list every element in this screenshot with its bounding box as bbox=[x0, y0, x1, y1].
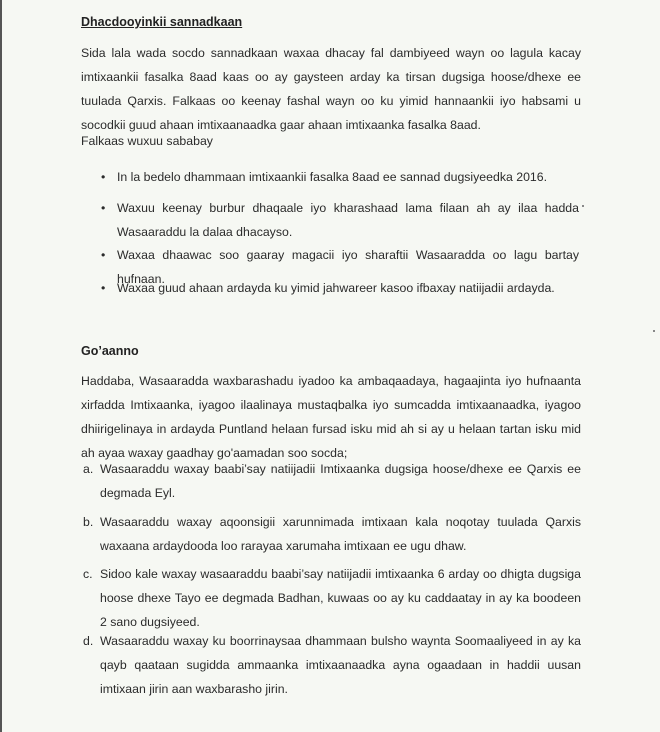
bullet-icon: • bbox=[101, 243, 105, 267]
item-marker: a. bbox=[83, 457, 93, 481]
bullet-icon: • bbox=[101, 165, 105, 189]
scan-speck bbox=[582, 205, 584, 207]
bullet-text: Waxaa guud ahaan ardayda ku yimid jahwar… bbox=[117, 276, 579, 300]
item-marker: c. bbox=[83, 562, 93, 586]
bullet-icon: • bbox=[101, 276, 105, 300]
item-marker: b. bbox=[83, 510, 93, 534]
item-text: Wasaaraddu waxay ku boorrinaysaa dhammaa… bbox=[100, 629, 581, 701]
bullet-text: In la bedelo dhammaan imtixaankii fasalk… bbox=[117, 165, 579, 189]
causes-intro: Falkaas wuxuu sababay bbox=[81, 129, 581, 153]
bullet-icon: • bbox=[101, 196, 105, 220]
item-text: Sidoo kale waxay wasaaraddu baabi’say na… bbox=[100, 562, 581, 634]
section-heading-decisions: Go’aanno bbox=[81, 344, 139, 358]
scan-edge bbox=[0, 0, 2, 732]
item-marker: d. bbox=[83, 629, 93, 653]
scan-speck bbox=[653, 330, 655, 332]
item-text: Wasaaraddu waxay baabi’say natiijadii Im… bbox=[100, 457, 581, 505]
bullet-text: Waxuu keenay burbur dhaqaale iyo kharash… bbox=[117, 196, 579, 244]
section-heading-events: Dhacdooyinkii sannadkaan bbox=[81, 15, 242, 29]
item-text: Wasaaraddu waxay aqoonsigii xarunnimada … bbox=[100, 510, 581, 558]
decisions-paragraph: Haddaba, Wasaaradda waxbarashadu iyadoo … bbox=[81, 369, 581, 465]
events-paragraph: Sida lala wada socdo sannadkaan waxaa dh… bbox=[81, 41, 581, 137]
